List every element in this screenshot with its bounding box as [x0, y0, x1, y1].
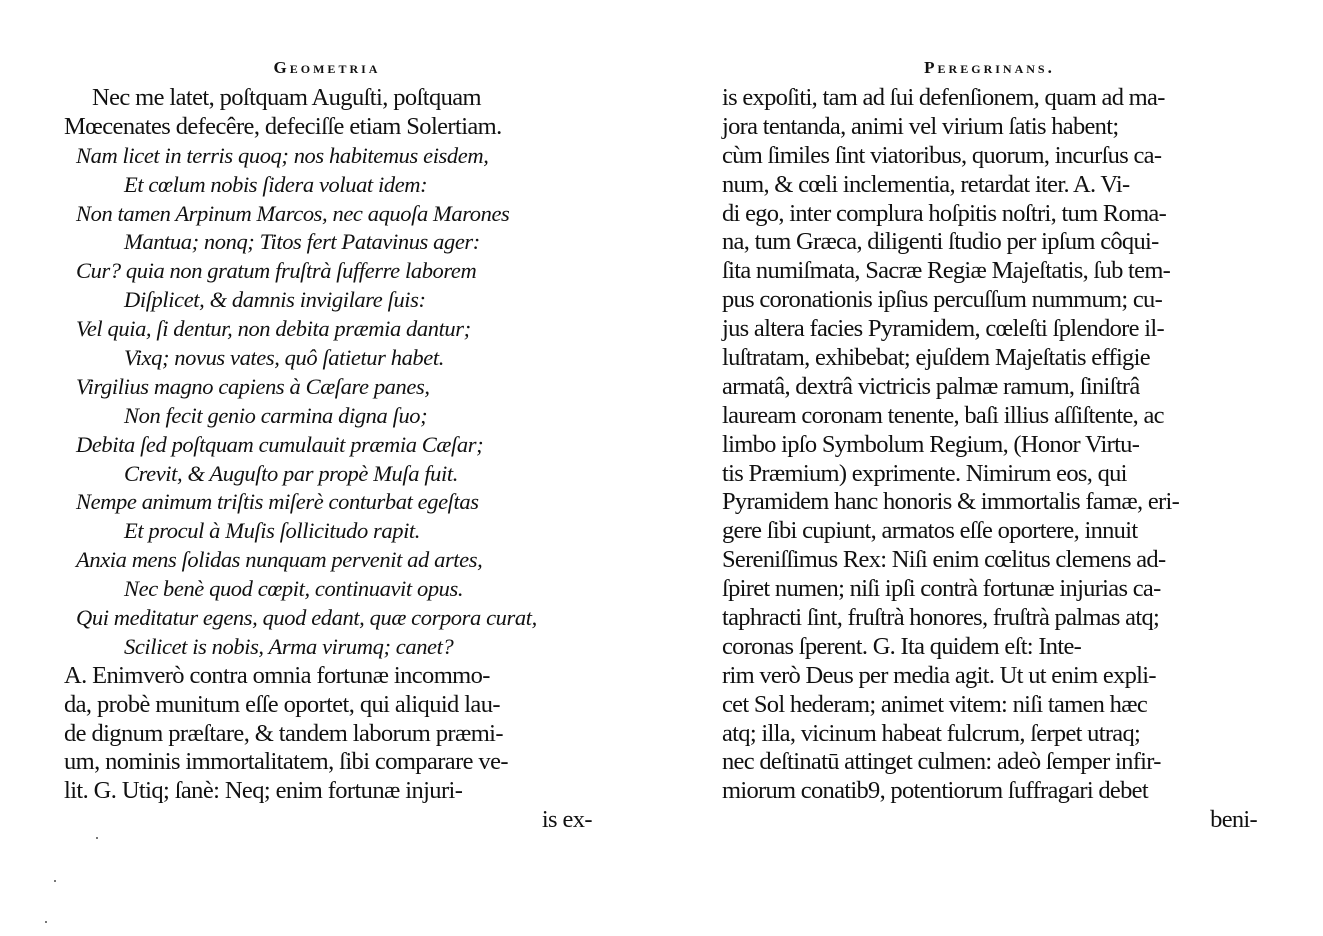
text-line: cet Sol hederam; animet vitem: niſi tame… — [722, 691, 1257, 720]
verse-line: Non tamen Arpinum Marcos, nec aquoſa Mar… — [62, 200, 592, 229]
scan-speck — [45, 921, 47, 923]
text-line: limbo ipſo Symbolum Regium, (Honor Virtu… — [722, 431, 1257, 460]
text-line: di ego, inter complura hoſpitis noſtri, … — [722, 200, 1257, 229]
text-line: taphracti ſint, fruſtrà honores, fruſtrà… — [722, 604, 1257, 633]
running-header-right: Peregrinans. — [722, 58, 1257, 78]
catchword-right: beni- — [722, 806, 1257, 835]
verse-line: Et procul à Muſis ſollicitudo rapit. — [62, 517, 592, 546]
running-header-left: Geometria — [62, 58, 592, 78]
text-line: jora tentanda, animi vel virium ſatis ha… — [722, 113, 1257, 142]
text-line: pus coronationis ipſius percuſſum nummum… — [722, 286, 1257, 315]
text-line: armatâ, dextrâ victricis palmæ ramum, ſi… — [722, 373, 1257, 402]
verse-line: Crevit, & Auguſto par propè Muſa fuit. — [62, 460, 592, 489]
text-line: coronas ſperent. G. Ita quidem eſt: Inte… — [722, 633, 1257, 662]
scan-speck — [96, 837, 98, 839]
right-page-text: is expoſiti, tam ad ſui defenſionem, qua… — [722, 84, 1257, 835]
verse-line: Diſplicet, & damnis invigilare ſuis: — [62, 286, 592, 315]
text-line: tis Præmium) exprimente. Nimirum eos, qu… — [722, 460, 1257, 489]
verse-line: Nam licet in terris quoq; nos habitemus … — [62, 142, 592, 171]
verse-line: Vixq; novus vates, quô ſatietur habet. — [62, 344, 592, 373]
text-line: jus altera facies Pyramidem, cœleſti ſpl… — [722, 315, 1257, 344]
verse-line: Mantua; nonq; Titos fert Patavinus ager: — [62, 228, 592, 257]
text-line: A. Enimverò contra omnia fortunæ incommo… — [62, 662, 592, 691]
left-page-text: Nec me latet, poſtquam Auguſti, poſtquam… — [62, 84, 592, 835]
verse-line: Non fecit genio carmina digna ſuo; — [62, 402, 592, 431]
verse-line: Et cœlum nobis ſidera voluat idem: — [62, 171, 592, 200]
text-line: Mœcenates defecêre, defeciſſe etiam Sole… — [62, 113, 592, 142]
verse-line: Virgilius magno capiens à Cæſare panes, — [62, 373, 592, 402]
text-line: miorum conatib9, potentiorum ſuffragari … — [722, 777, 1257, 806]
scan-speck — [54, 880, 56, 882]
text-line: atq; illa, vicinum habeat fulcrum, ſerpe… — [722, 720, 1257, 749]
text-line: de dignum præſtare, & tandem laborum præ… — [62, 720, 592, 749]
text-line: um, nominis immortalitatem, ſibi compara… — [62, 748, 592, 777]
text-line: Nec me latet, poſtquam Auguſti, poſtquam — [62, 84, 592, 113]
catchword-left: is ex- — [62, 806, 592, 835]
text-line: ſpiret numen; niſi ipſi contrà fortunæ i… — [722, 575, 1257, 604]
text-line: na, tum Græca, diligenti ſtudio per ipſu… — [722, 228, 1257, 257]
right-page: Peregrinans. is expoſiti, tam ad ſui def… — [722, 0, 1257, 936]
text-line: luſtratam, exhibebat; ejuſdem Majeſtatis… — [722, 344, 1257, 373]
text-line: Pyramidem hanc honoris & immortalis famæ… — [722, 488, 1257, 517]
text-line: da, probè munitum eſſe oportet, qui aliq… — [62, 691, 592, 720]
text-line: is expoſiti, tam ad ſui defenſionem, qua… — [722, 84, 1257, 113]
verse-line: Anxia mens ſolidas nunquam pervenit ad a… — [62, 546, 592, 575]
verse-line: Vel quia, ſi dentur, non debita præmia d… — [62, 315, 592, 344]
text-line: num, & cœli inclementia, retardat iter. … — [722, 171, 1257, 200]
verse-line: Debita ſed poſtquam cumulauit præmia Cæſ… — [62, 431, 592, 460]
text-line: lit. G. Utiq; ſanè: Neq; enim fortunæ in… — [62, 777, 592, 806]
text-line: cùm ſimiles ſint viatoribus, quorum, inc… — [722, 142, 1257, 171]
verse-line: Nempe animum triſtis miſerè conturbat eg… — [62, 488, 592, 517]
verse-line: Qui meditatur egens, quod edant, quæ cor… — [62, 604, 592, 633]
verse-line: Nec benè quod cœpit, continuavit opus. — [62, 575, 592, 604]
text-line: Sereniſſimus Rex: Niſi enim cœlitus clem… — [722, 546, 1257, 575]
text-line: ſita numiſmata, Sacræ Regiæ Majeſtatis, … — [722, 257, 1257, 286]
text-line: rim verò Deus per media agit. Ut ut enim… — [722, 662, 1257, 691]
verse-line: Scilicet is nobis, Arma virumq; canet? — [62, 633, 592, 662]
verse-line: Cur? quia non gratum fruſtrà ſufferre la… — [62, 257, 592, 286]
text-line: gere ſibi cupiunt, armatos eſſe oportere… — [722, 517, 1257, 546]
text-line: nec deſtinatū attinget culmen: adeò ſemp… — [722, 748, 1257, 777]
text-line: lauream coronam tenente, baſi illius aſſ… — [722, 402, 1257, 431]
left-page: Geometria Nec me latet, poſtquam Auguſti… — [62, 0, 592, 936]
